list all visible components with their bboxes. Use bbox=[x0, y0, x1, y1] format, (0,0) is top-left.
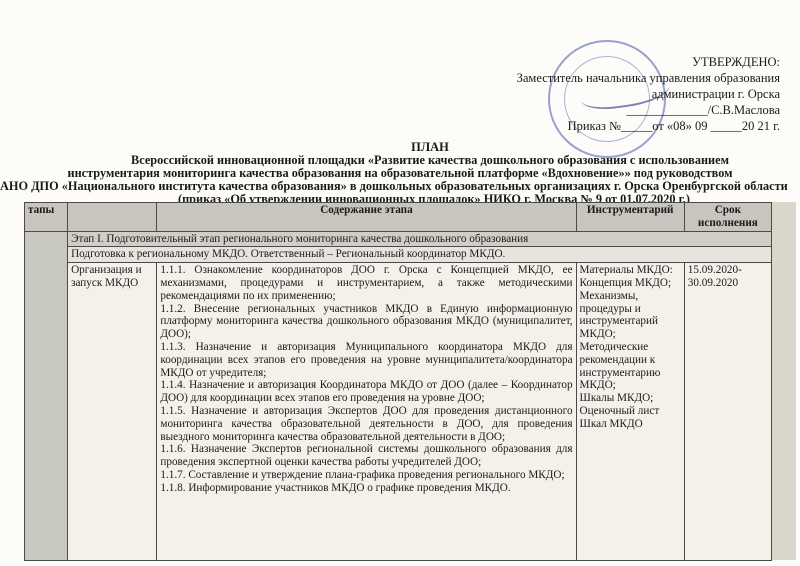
header-stages: тапы bbox=[25, 203, 68, 232]
tool-item: Механизмы, процедуры и инструментарий МК… bbox=[580, 290, 681, 341]
tool-item: Шкалы МКДО; bbox=[580, 392, 681, 405]
content-item: 1.1.8. Информирование участников МКДО о … bbox=[160, 482, 572, 495]
header-content: Содержание этапа bbox=[157, 203, 576, 232]
header-empty bbox=[68, 203, 157, 232]
tools-cell: Материалы МКДО: Концепция МКДО; Механизм… bbox=[576, 263, 684, 561]
approval-signature-line: _____________/С.В.Маслова bbox=[517, 102, 780, 118]
deadline-cell: 15.09.2020-30.09.2020 bbox=[684, 263, 771, 561]
content-item: 1.1.2. Внесение региональных участников … bbox=[160, 303, 572, 341]
tool-item: Оценочный лист Шкал МКДО bbox=[580, 405, 681, 431]
content-item: 1.1.1. Ознакомление координаторов ДОО г.… bbox=[160, 264, 572, 302]
prep-row: Подготовка к региональному МКДО. Ответст… bbox=[25, 247, 772, 263]
document-title: ПЛАН Всероссийской инновационной площадк… bbox=[0, 141, 800, 206]
stage-number-cell bbox=[25, 231, 68, 561]
approval-block: УТВЕРЖДЕНО: Заместитель начальника управ… bbox=[517, 54, 780, 134]
approval-order-line: Приказ №_____от «08» 09 _____20 21 г. bbox=[517, 118, 780, 134]
approval-position-2: администрации г. Орска bbox=[517, 86, 780, 102]
header-tools: Инструментарий bbox=[576, 203, 684, 232]
tool-item: Методические рекомендации к инструментар… bbox=[580, 341, 681, 392]
content-item: 1.1.6. Назначение Экспертов региональной… bbox=[160, 443, 572, 469]
content-item: 1.1.3. Назначение и авторизация Муниципа… bbox=[160, 341, 572, 379]
task-cell: Организация и запуск МКДО bbox=[68, 263, 157, 561]
content-cell: 1.1.1. Ознакомление координаторов ДОО г.… bbox=[157, 263, 576, 561]
content-item: 1.1.5. Назначение и авторизация Эксперто… bbox=[160, 405, 572, 443]
approval-heading: УТВЕРЖДЕНО: bbox=[517, 54, 780, 70]
stage-title: Этап I. Подготовительный этап региональн… bbox=[68, 231, 772, 247]
prep-title: Подготовка к региональному МКДО. Ответст… bbox=[68, 247, 772, 263]
plan-table-area: тапы Содержание этапа Инструментарий Сро… bbox=[24, 202, 796, 560]
table-row: Организация и запуск МКДО 1.1.1. Ознаком… bbox=[25, 263, 772, 561]
content-item: 1.1.4. Назначение и авторизация Координа… bbox=[160, 379, 572, 405]
content-item: 1.1.7. Составление и утверждение плана-г… bbox=[160, 469, 572, 482]
tool-item: Материалы МКДО: bbox=[580, 264, 681, 277]
plan-table: тапы Содержание этапа Инструментарий Сро… bbox=[24, 202, 772, 561]
table-header-row: тапы Содержание этапа Инструментарий Сро… bbox=[25, 203, 772, 232]
approval-position-1: Заместитель начальника управления образо… bbox=[517, 70, 780, 86]
tool-item: Концепция МКДО; bbox=[580, 277, 681, 290]
document-page: УТВЕРЖДЕНО: Заместитель начальника управ… bbox=[0, 0, 800, 566]
stage-row: Этап I. Подготовительный этап региональн… bbox=[25, 231, 772, 247]
header-deadline: Срок исполнения bbox=[684, 203, 771, 232]
